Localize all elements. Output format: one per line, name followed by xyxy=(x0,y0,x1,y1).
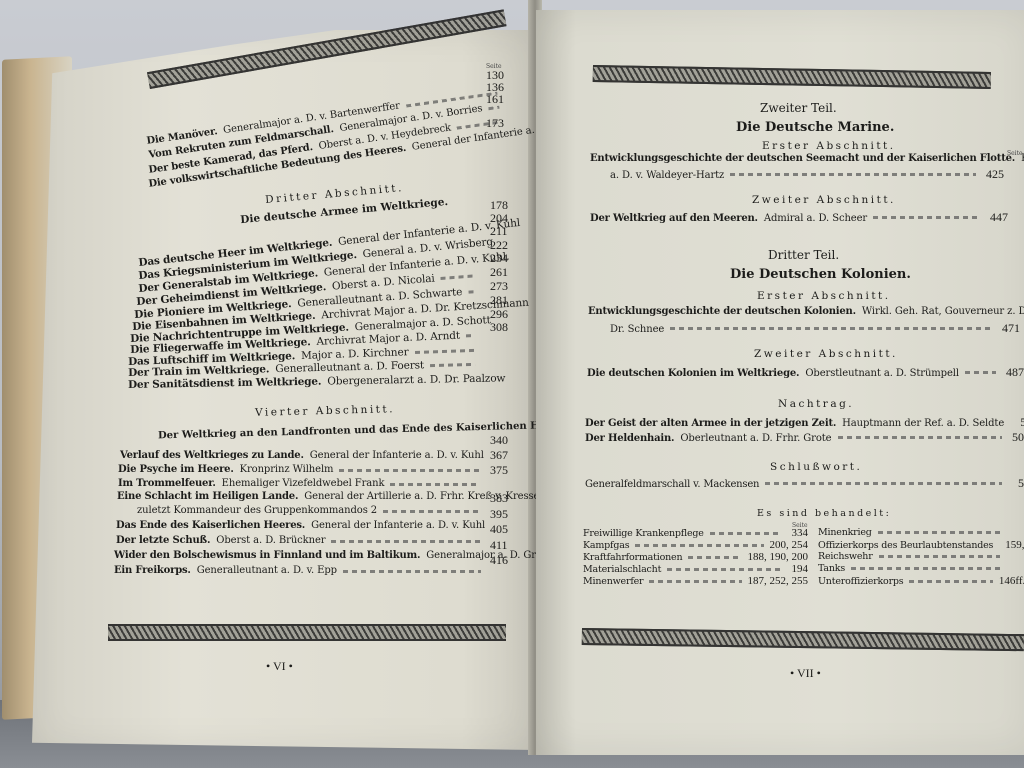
index-entry: Reichswehr xyxy=(818,552,1024,562)
section-heading: Erster Abschnitt. xyxy=(762,140,896,152)
page-ref: 308 xyxy=(490,320,508,335)
page-number-right: • VII • xyxy=(790,666,821,681)
page-ref: 173 xyxy=(486,116,504,131)
toc-entry: Der letzte Schuß.Oberst a. D. Brückner xyxy=(116,536,487,546)
index-heading: Es sind behandelt: xyxy=(757,508,891,519)
toc-entry: Eine Schlacht im Heiligen Lande.General … xyxy=(117,492,487,502)
index-entry: Minenwerfer187, 252, 255 xyxy=(583,576,808,587)
toc-entry: Im Trommelfeuer.Ehemaliger Vizefeldwebel… xyxy=(118,479,486,489)
bottom-ornament-left xyxy=(108,624,506,641)
page-ref: 281 xyxy=(490,293,508,308)
section-heading: Erster Abschnitt. xyxy=(757,290,891,302)
page-ref: 367 xyxy=(490,448,508,463)
index-entry: Tanks xyxy=(818,564,1024,574)
page-number-left: • VI • xyxy=(266,659,293,674)
index-entry: Kraftfahrformationen188, 190, 200 xyxy=(583,552,808,563)
page-ref: 273 xyxy=(490,279,508,294)
index-entry: Unteroffizierkorps146ff., xyxy=(818,576,1024,587)
part-title: Die Deutsche Marine. xyxy=(736,120,894,135)
page-ref: 416 xyxy=(490,553,508,568)
toc-entry: Das Ende des Kaiserlichen Heeres.General… xyxy=(116,521,487,531)
toc-entry: Generalfeldmarschall v. Mackensen50 xyxy=(585,477,1024,490)
toc-entry: Der Weltkrieg auf den Meeren.Admiral a. … xyxy=(590,211,1008,224)
index-entry: Freiwillige Krankenpflege334 xyxy=(583,528,808,539)
page-ref: 375 xyxy=(490,463,508,478)
page-ref: 261 xyxy=(490,265,508,280)
toc-entry: Ein Freikorps.Generalleutnant a. D. v. E… xyxy=(114,566,487,576)
index-entry: Minenkrieg xyxy=(818,528,1024,538)
index-entry: Kampfgas200, 254 xyxy=(583,540,808,551)
section-heading: Schlußwort. xyxy=(770,461,862,473)
toc-entry: Entwicklungsgeschichte der deutschen See… xyxy=(590,154,1024,164)
toc-entry: Der Geist der alten Armee in der jetzige… xyxy=(585,416,1024,429)
toc-entry: Die deutschen Kolonien im Weltkriege.Obe… xyxy=(587,366,1024,379)
toc-entry: Dr. Schnee471 xyxy=(610,322,1020,335)
section-heading: Nachtrag. xyxy=(778,398,854,410)
index-entry: Materialschlacht194 xyxy=(583,564,808,575)
part-heading: Dritter Teil. xyxy=(768,248,839,262)
page-ref: 411 xyxy=(490,538,508,553)
page-ref: 211 xyxy=(490,224,508,239)
page-ref: 383 xyxy=(490,491,508,506)
toc-entry: Entwicklungsgeschichte der deutschen Kol… xyxy=(588,307,1024,317)
page-ref: 340 xyxy=(490,433,508,448)
index-entry: Offizierkorps des Beurlaubtenstandes159,… xyxy=(818,540,1024,551)
page-ref: 395 xyxy=(490,507,508,522)
toc-entry: Der Heldenhain.Oberleutnant a. D. Frhr. … xyxy=(585,431,1024,444)
toc-entry: a. D. v. Waldeyer-Hartz425 xyxy=(610,168,1004,181)
page-ref: 161 xyxy=(486,92,504,107)
part-title: Die Deutschen Kolonien. xyxy=(730,267,911,282)
page-ref: 405 xyxy=(490,522,508,537)
page-ref: 234 xyxy=(490,251,508,266)
part-heading: Zweiter Teil. xyxy=(760,101,837,115)
toc-entry: Verlauf des Weltkrieges zu Lande.General… xyxy=(120,451,486,461)
toc-entry: Wider den Bolschewismus in Finnland und … xyxy=(114,551,487,561)
section-heading: Zweiter Abschnitt. xyxy=(754,348,898,360)
toc-entry: Eine Schlacht im Heiligen Lande.zuletzt … xyxy=(117,506,487,516)
toc-entry: Die Psyche im Heere.Kronprinz Wilhelm xyxy=(118,465,486,475)
section-heading: Zweiter Abschnitt. xyxy=(752,194,896,206)
